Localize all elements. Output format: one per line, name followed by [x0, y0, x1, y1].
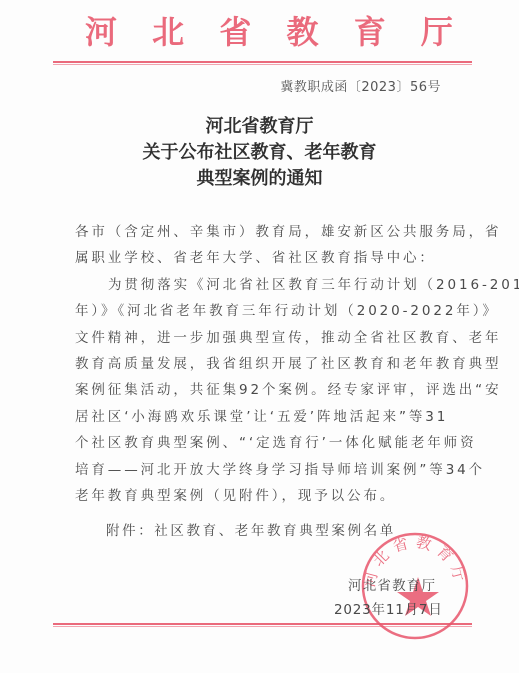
paragraph-line: 个社区教育典型案例、“‘定选育行’一体化赋能老年师资: [75, 430, 445, 456]
recipients-line: 属职业学校、省老年大学、省社区教育指导中心：: [75, 245, 445, 271]
paragraph-line: 老年教育典型案例（见附件），现予以公布。: [75, 483, 445, 509]
masthead-char: 厅: [420, 12, 454, 52]
title-line-3: 典型案例的通知: [0, 166, 519, 192]
masthead-char: 教: [286, 12, 320, 52]
document-page: 河 北 省 教 育 厅 冀教职成函〔2023〕56号 河北省教育厅 关于公布社区…: [0, 0, 519, 673]
issuer-signature: 河北省教育厅: [348, 574, 436, 594]
paragraph-line: 居社区‘小海鸥欢乐课堂’让‘五爱’阵地活起来”等31: [75, 404, 445, 430]
masthead-char: 河: [84, 12, 118, 52]
paragraph-line: 教育高质量发展，我省组织开展了社区教育和老年教育典型: [75, 351, 445, 377]
title-line-2: 关于公布社区教育、老年教育: [0, 140, 519, 166]
document-title: 河北省教育厅 关于公布社区教育、老年教育 典型案例的通知: [0, 114, 519, 192]
paragraph-line: 培育——河北开放大学终身学习指导师培训案例”等34个: [75, 457, 445, 483]
paragraph-line: 为贯彻落实《河北省社区教育三年行动计划（2016-2018: [75, 272, 445, 298]
issue-date: 2023年11月7日: [334, 598, 443, 618]
masthead-char: 北: [151, 12, 185, 52]
paragraph-line: 年）》《河北省老年教育三年行动计划（2020-2022年）》: [75, 298, 445, 324]
title-line-1: 河北省教育厅: [0, 114, 519, 140]
paragraph-line: 文件精神，进一步加强典型宣传，推动全省社区教育、老年: [75, 325, 445, 351]
masthead-divider: [53, 61, 472, 63]
masthead-char: 省: [218, 12, 252, 52]
document-number: 冀教职成函〔2023〕56号: [280, 76, 441, 95]
org-masthead: 河 北 省 教 育 厅: [84, 12, 454, 52]
document-body: 各市（含定州、辛集市）教育局，雄安新区公共服务局，省 属职业学校、省老年大学、省…: [75, 219, 445, 509]
paragraph-line: 案例征集活动，共征集92个案例。经专家评审，评选出“安: [75, 377, 445, 403]
attachment-note: 附件：社区教育、老年教育典型案例名单: [106, 519, 396, 539]
masthead-char: 育: [353, 12, 387, 52]
recipients-line: 各市（含定州、辛集市）教育局，雄安新区公共服务局，省: [75, 219, 445, 245]
